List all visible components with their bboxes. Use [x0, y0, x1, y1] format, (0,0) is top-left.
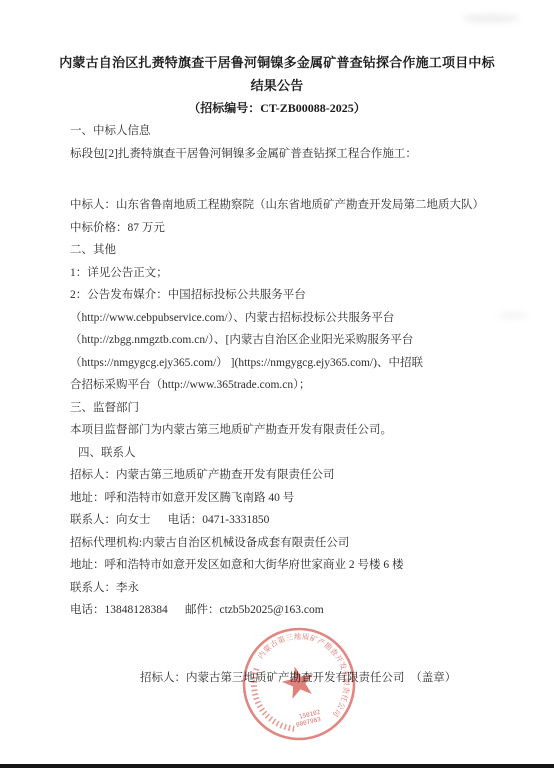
star-icon [279, 663, 318, 701]
tenderer-contact-line: 联系人：向女士 电话：0471-3331850 [70, 509, 518, 532]
media-url-line-4: 合招标采购平台（http://www.365trade.com.cn）； [70, 374, 518, 397]
supervision-line: 本项目监督部门为内蒙古第三地质矿产勘查开发有限责任公司。 [70, 419, 518, 442]
media-url-line-1: （http://www.cebpubservice.com/）、内蒙古招标投标公… [70, 307, 518, 330]
tenderer-line: 招标人：内蒙古第三地质矿产勘查开发有限责任公司 [70, 464, 518, 487]
section-contacts-heading: 四、联系人 [70, 442, 518, 465]
bid-package-line: 标段包[2]扎赉特旗查干居鲁河铜镍多金属矿普查钻探工程合作施工： [70, 143, 518, 166]
scan-smudge [462, 14, 520, 23]
official-seal-stamp: 内蒙古第三地质矿产勘查开发有限责任公司 150102 0007983 [239, 624, 359, 744]
stamp-mongolian-script [249, 663, 294, 736]
media-url-line-3: （https://nmgygcg.ejy365.com/） ](https://… [70, 352, 518, 375]
section-other-heading: 二、其他 [70, 239, 518, 262]
other-item-1: 1：详见公告正文； [70, 262, 518, 285]
section-winner-info-heading: 一、中标人信息 [70, 120, 518, 143]
tenderer-address-line: 地址：呼和浩特市如意开发区腾飞南路 40 号 [70, 487, 518, 510]
page-title: 内蒙古自治区扎赉特旗查干居鲁河铜镍多金属矿普查钻探合作施工项目中标结果公告 [54, 51, 500, 97]
section-supervision-heading: 三、监督部门 [70, 397, 518, 420]
page-bottom-edge [0, 764, 554, 768]
blank-line [70, 165, 518, 194]
agency-contact-line: 联系人：李永 [70, 577, 518, 600]
agency-phone-email-line: 电话：13848128384 邮件：ctzb5b2025@163.com [70, 599, 518, 622]
scanned-announcement-page: { "page": { "background": "#ffffff", "bo… [0, 0, 554, 768]
winning-price-line: 中标价格：87 万元 [70, 217, 518, 240]
tender-number: （招标编号：CT-ZB00088-2025） [0, 97, 554, 120]
media-url-line-2: （http://zbgg.nmgztb.com.cn/）、[内蒙古自治区企业阳光… [70, 329, 518, 352]
other-item-2: 2：公告发布媒介：中国招标投标公共服务平台 [70, 284, 518, 307]
agency-line: 招标代理机构:内蒙古自治区机械设备成套有限责任公司 [70, 532, 518, 555]
document-body: 一、中标人信息 标段包[2]扎赉特旗查干居鲁河铜镍多金属矿普查钻探工程合作施工：… [70, 120, 518, 622]
winner-line: 中标人：山东省鲁南地质工程勘察院（山东省地质矿产勘查开发局第二地质大队） [70, 194, 518, 217]
agency-address-line: 地址：呼和浩特市如意开发区如意和大街华府世家商业 2 号楼 6 楼 [70, 554, 518, 577]
